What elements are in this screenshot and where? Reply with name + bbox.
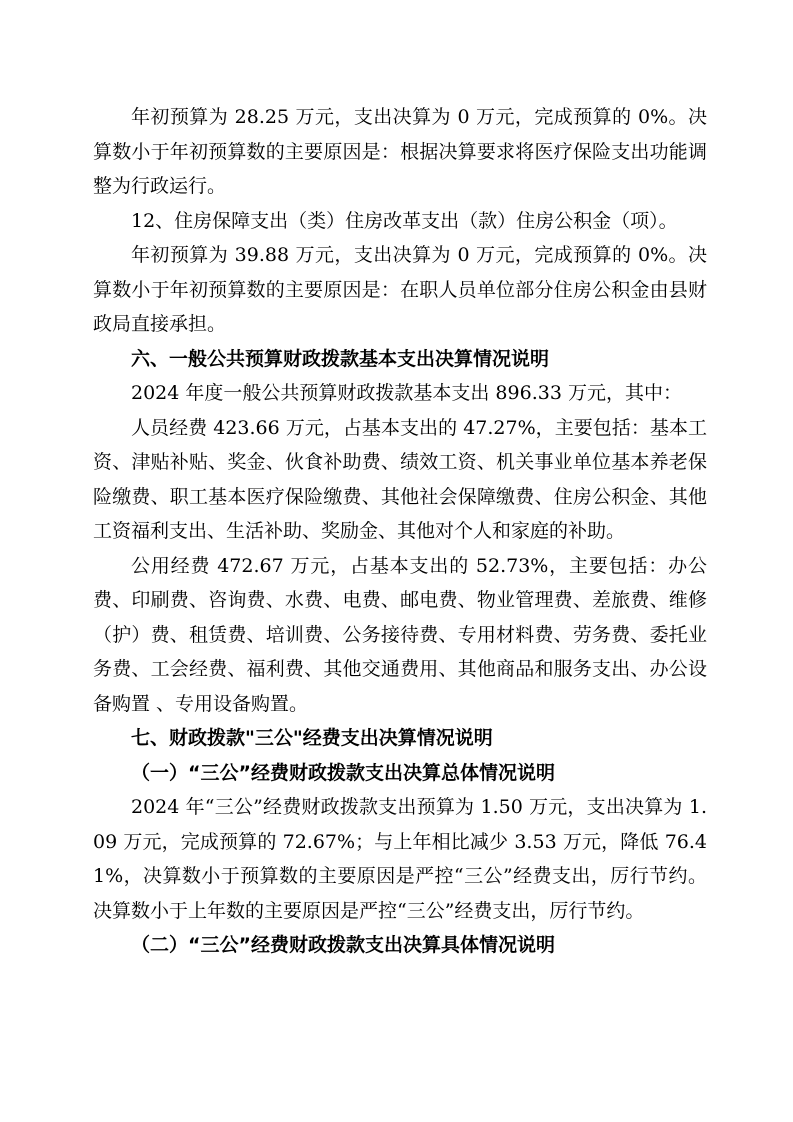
paragraph: 2024 年度一般公共预算财政拨款基本支出 896.33 万元，其中： (93, 376, 707, 411)
section-heading: （二）“三公”经费财政拨款支出决算具体情况说明 (93, 928, 707, 963)
paragraph: 年初预算为 39.88 万元，支出决算为 0 万元，完成预算的 0%。决算数小于… (93, 238, 707, 342)
section-heading: 六、一般公共预算财政拨款基本支出决算情况说明 (93, 342, 707, 377)
document-text-block: 年初预算为 28.25 万元，支出决算为 0 万元，完成预算的 0%。决算数小于… (93, 100, 707, 963)
section-heading: （一）“三公”经费财政拨款支出决算总体情况说明 (93, 756, 707, 791)
paragraph: 2024 年“三公”经费财政拨款支出预算为 1.50 万元，支出决算为 1.09… (93, 790, 707, 928)
document-page: 年初预算为 28.25 万元，支出决算为 0 万元，完成预算的 0%。决算数小于… (0, 0, 793, 1122)
paragraph: 人员经费 423.66 万元，占基本支出的 47.27%，主要包括：基本工资、津… (93, 411, 707, 549)
paragraph: 年初预算为 28.25 万元，支出决算为 0 万元，完成预算的 0%。决算数小于… (93, 100, 707, 204)
paragraph: 12、住房保障支出（类）住房改革支出（款）住房公积金（项）。 (93, 204, 707, 239)
section-heading: 七、财政拨款"三公"经费支出决算情况说明 (93, 721, 707, 756)
paragraph: 公用经费 472.67 万元，占基本支出的 52.73%，主要包括：办公费、印刷… (93, 549, 707, 722)
